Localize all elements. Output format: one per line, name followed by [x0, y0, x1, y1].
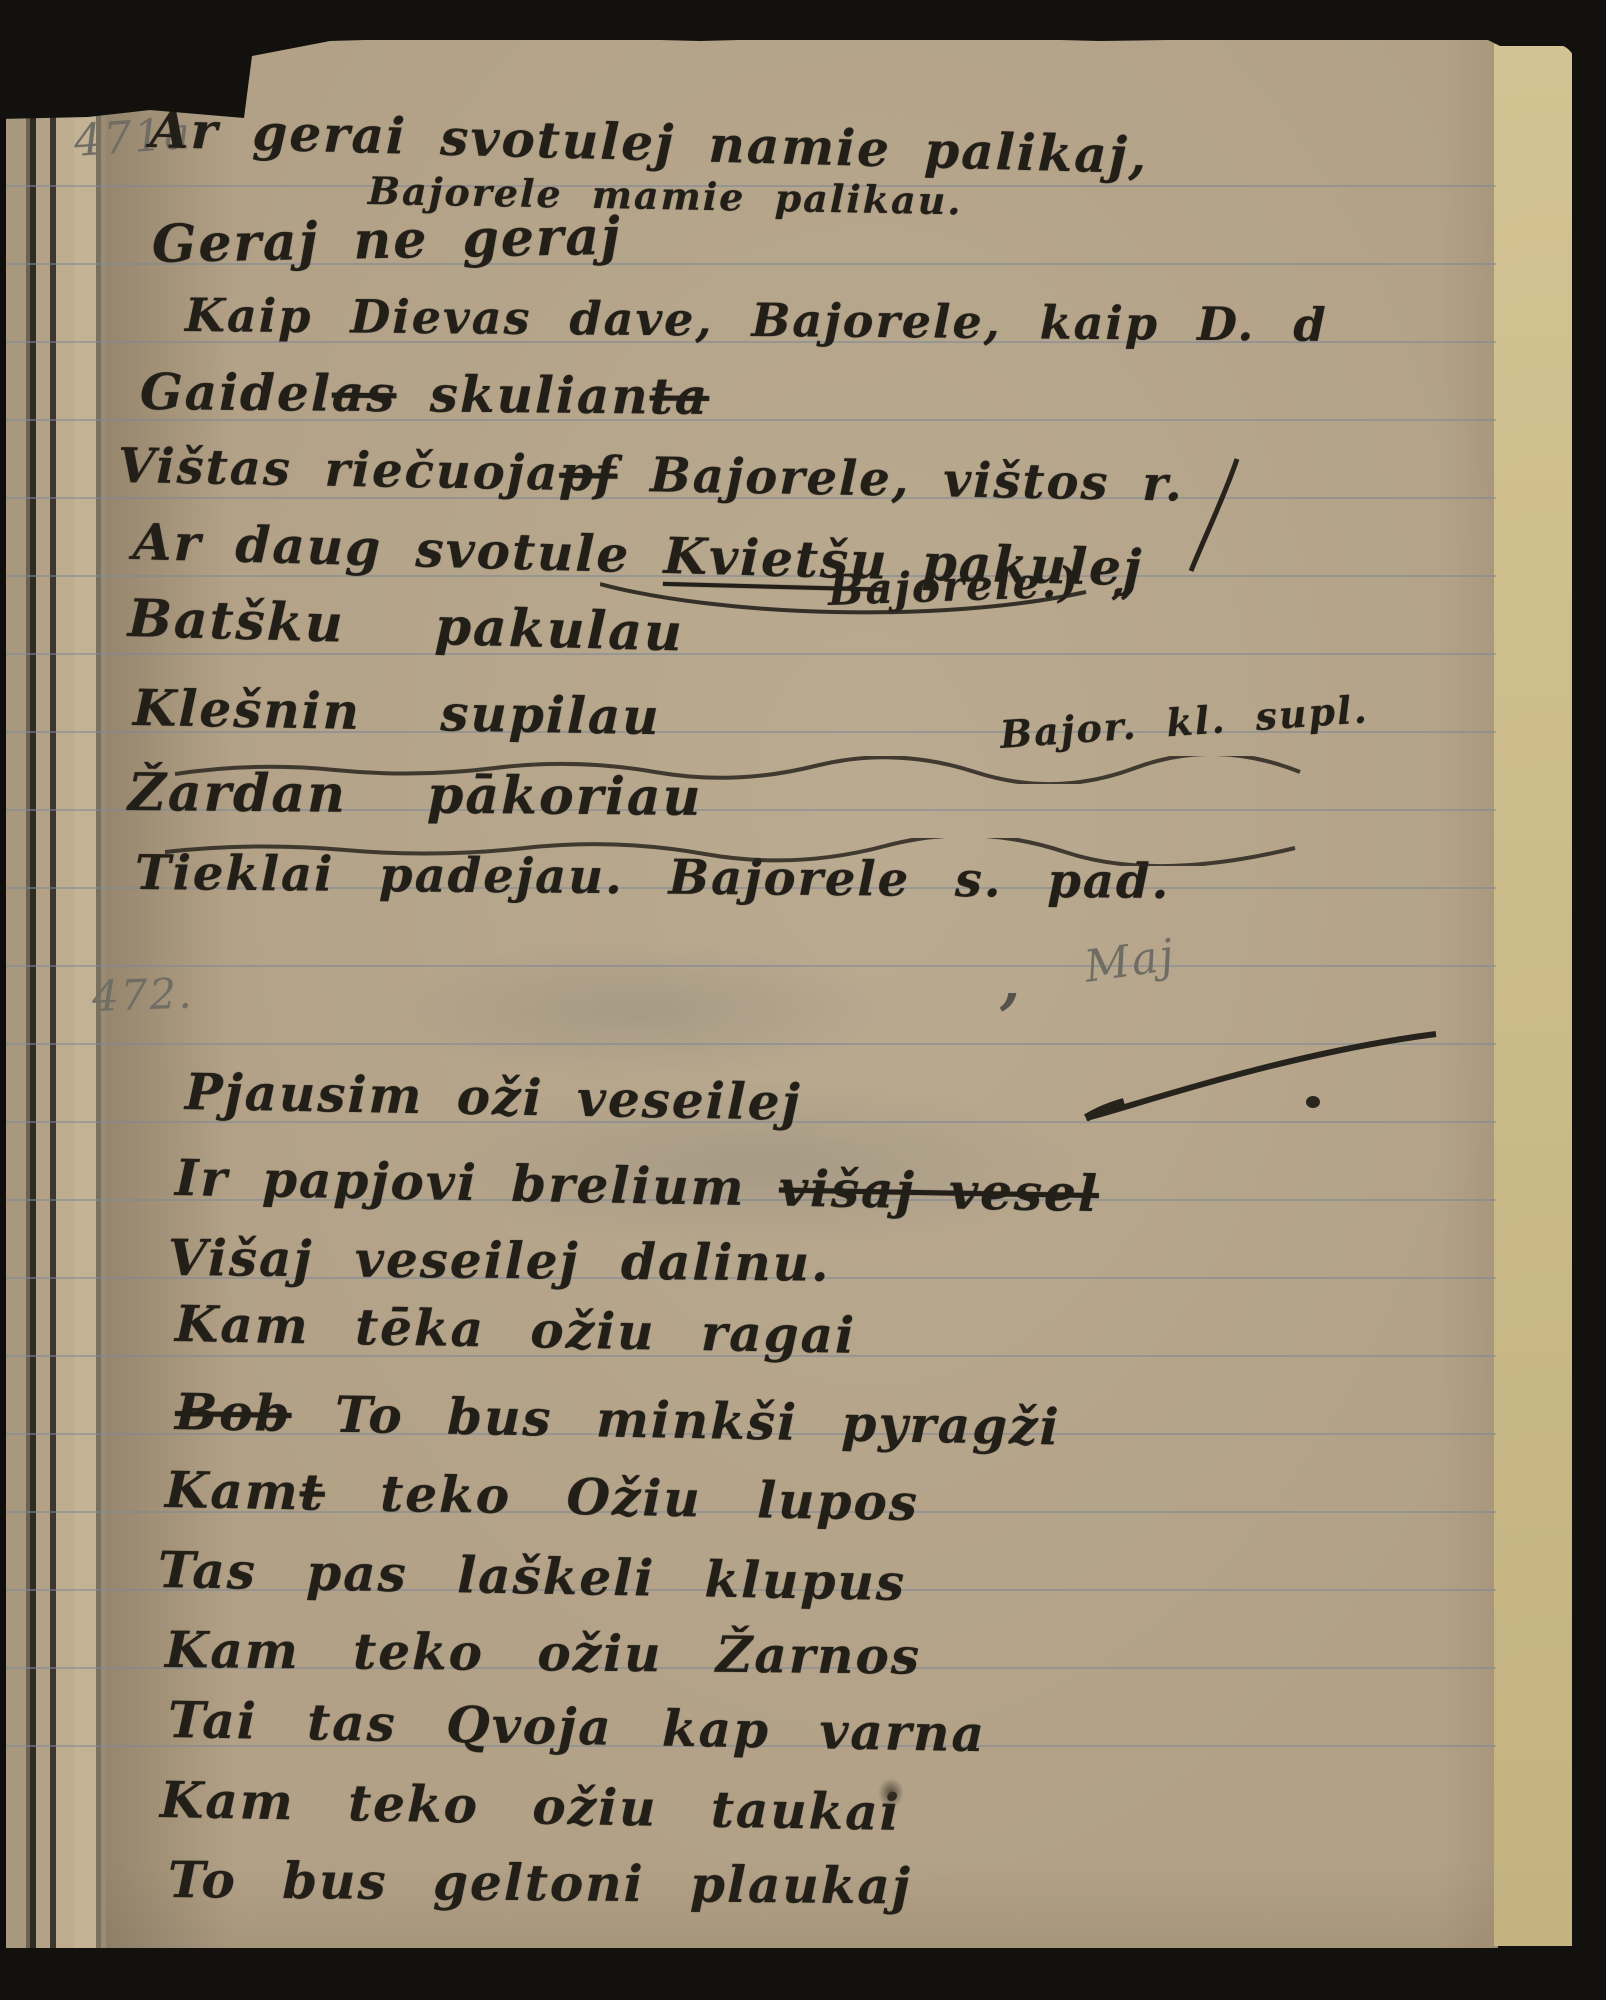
- strike-wavy-line: [165, 838, 1300, 866]
- verse-line: Klešnin supilau: [132, 678, 661, 746]
- verse-line: Kaip Dievas dave, Bajorele, kaip D. d: [185, 288, 1328, 352]
- struck-text: višaj vesel: [779, 1159, 1100, 1224]
- verse-line: Pjausim oži veseilej: [184, 1062, 802, 1132]
- ink-blot: [878, 1778, 904, 1808]
- verse-line-with-strikethrough: Gaidelas skulianta: [140, 362, 710, 426]
- ink-dot: [1306, 1096, 1320, 1108]
- verse-text: Ir papjovi brelium: [174, 1148, 746, 1217]
- struck-text: pf: [559, 446, 618, 503]
- slash-mark: [1185, 455, 1245, 575]
- backdrop-right-edge: [1572, 0, 1606, 2000]
- struck-text: ta: [649, 366, 709, 426]
- underlying-page-edge: [1494, 44, 1576, 1946]
- verse-line: Geraj ne geraj: [151, 206, 622, 275]
- verse-text: To bus minkši pyragži: [334, 1385, 1061, 1457]
- ink-flourish-curve: [1080, 1026, 1444, 1126]
- refrain-text: Bajorele, vištos r.: [650, 447, 1185, 512]
- verse-text: teko Ožiu lupos: [380, 1464, 920, 1532]
- verse-line: To bus geltoni plaukaj: [168, 1850, 912, 1915]
- strike-wavy-line: [175, 756, 1305, 784]
- verse-line: Kam tēka ožiu ragai: [174, 1294, 856, 1365]
- struck-text: as: [332, 364, 397, 424]
- comma-mark: ,: [1000, 948, 1022, 1016]
- verse-text: Kam: [164, 1460, 300, 1521]
- verse-line: Višaj veseilej dalinu.: [168, 1228, 831, 1293]
- verse-text: skulian: [430, 365, 650, 426]
- pencil-smudge: [380, 940, 900, 1080]
- scanned-notebook-page: 471a Ar gerai svotulej namie palikaj, Ba…: [0, 0, 1606, 2000]
- verse-text: Vištas riečuoja: [118, 438, 560, 502]
- verse-text: Gaidel: [140, 362, 332, 423]
- struck-text: t: [299, 1462, 325, 1521]
- backdrop-bottom-edge: [0, 1948, 1606, 2000]
- verse-line: Kam teko ožiu Žarnos: [165, 1620, 922, 1686]
- struck-text: Bob: [174, 1382, 292, 1443]
- marginal-number-472: 472.: [91, 968, 194, 1021]
- underline-flourish: [600, 580, 1090, 632]
